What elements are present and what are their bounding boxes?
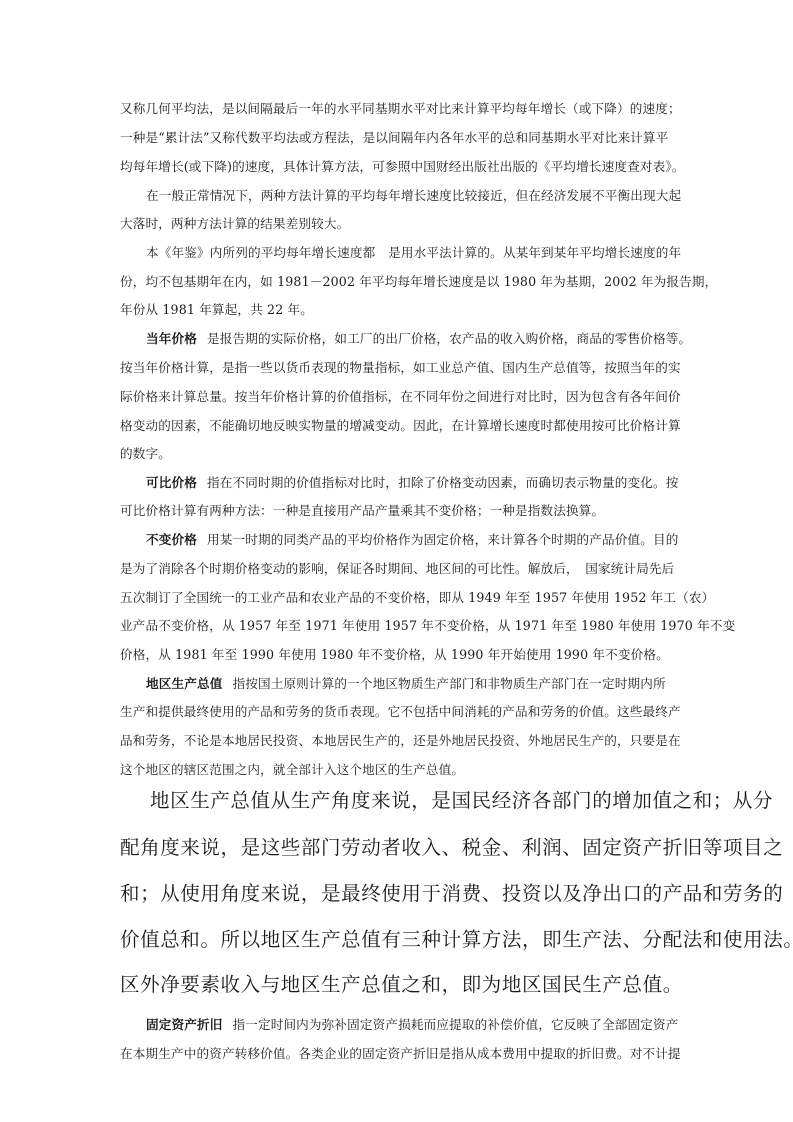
term-current-price: 当年价格 [146,331,197,346]
term-constant-price: 不变价格 [146,532,197,547]
text-line: 份，均不包基期年在内，如 1981－2002 年平均每年增长速度是以 1980 … [120,274,717,290]
large-text-line: 价值总和。所以地区生产总值有三种计算方法，即生产法、分配法和使用法。 [120,928,793,952]
text-line: 这个地区的辖区范围之内，就全部计入这个地区的生产总值。 [120,762,464,778]
definition-line: 可比价格指在不同时期的价值指标对比时，扣除了价格变动因素，而确切表示物量的变化。… [146,475,679,491]
term-depreciation: 固定资产折旧 [146,1017,222,1032]
term-regional-gdp: 地区生产总值 [146,676,222,691]
definition-text: 指在不同时期的价值指标对比时，扣除了价格变动因素，而确切表示物量的变化。按 [207,475,679,490]
text-line: 在本期生产中的资产转移价值。各类企业的固定资产折旧是指从成本费用中提取的折旧费。… [120,1046,681,1062]
document-page: 又称几何平均法，是以间隔最后一年的水平同基期水平对比来计算平均每年增长（或下降）… [0,0,793,1122]
text-line: 年份从 1981 年算起，共 22 年。 [120,302,313,318]
term-comparable-price: 可比价格 [146,475,197,490]
text-line: 又称几何平均法，是以间隔最后一年的水平同基期水平对比来计算平均每年增长（或下降）… [120,101,681,117]
large-text-line: 配角度来说，是这些部门劳动者收入、税金、利润、固定资产折旧等项目之 [120,836,783,860]
text-line: 可比价格计算有两种方法：一种是直接用产品产量乘其不变价格；一种是指数法换算。 [120,503,604,519]
text-line: 业产品不变价格，从 1957 年至 1971 年使用 1957 年不变价格，从 … [120,618,735,634]
text-line: 一种是“累计法”又称代数平均法或方程法，是以间隔年内各年水平的总和同基期水平对比… [120,130,668,146]
definition-line: 不变价格用某一时期的同类产品的平均价格作为固定价格，来计算各个时期的产品价值。目… [146,532,679,548]
text-line: 本《年鉴》内所列的平均每年增长速度都 是用水平法计算的。从某年到某年平均增长速度… [146,245,681,261]
text-line: 的数字。 [120,446,171,462]
text-line: 五次制订了全国统一的工业产品和农业产品的不变价格，即从 1949 年至 1957… [120,590,714,606]
large-text-line: 和；从使用角度来说，是最终使用于消费、投资以及净出口的产品和劳务的 [120,882,783,906]
text-line: 均每年增长(或下降)的速度，具体计算方法，可参照中国财经出版社出版的《平均增长速… [120,159,685,175]
text-line: 在一般正常情况下，两种方法计算的平均每年增长速度比较接近，但在经济发展不平衡出现… [146,188,681,204]
definition-text: 用某一时期的同类产品的平均价格作为固定价格，来计算各个时期的产品价值。目的 [207,532,679,547]
definition-text: 是报告期的实际价格，如工厂的出厂价格，农产品的收入购价格，商品的零售价格等。 [207,331,691,346]
definition-line: 地区生产总值指按国土原则计算的一个地区物质生产部门和非物质生产部门在一定时期内所 [146,676,666,692]
definition-text: 指按国土原则计算的一个地区物质生产部门和非物质生产部门在一定时期内所 [232,676,665,691]
large-text-line: 区外净要素收入与地区生产总值之和，即为地区国民生产总值。 [120,973,683,997]
text-line: 品和劳务，不论是本地居民投资、本地居民生产的，还是外地居民投资、外地居民生产的，… [120,733,681,749]
definition-line: 当年价格是报告期的实际价格，如工厂的出厂价格，农产品的收入购价格，商品的零售价格… [146,331,691,347]
text-line: 格变动的因素，不能确切地反映实物量的增减变动。因此，在计算增长速度时都使用按可比… [120,418,681,434]
text-line: 按当年价格计算，是指一些以货币表现的物量指标，如工业总产值、国内生产总值等，按照… [120,360,681,376]
text-line: 生产和提供最终使用的产品和劳务的货币表现。它不包括中间消耗的产品和劳务的价值。这… [120,704,681,720]
text-line: 是为了消除各个时期价格变动的影响，保证各时期间、地区间的可比性。解放后， 国家统… [120,561,674,577]
text-line: 际价格来计算总量。按当年价格计算的价值指标，在不同年份之间进行对比时，因为包含有… [120,389,681,405]
text-line: 价格，从 1981 年至 1990 年使用 1980 年不变价格，从 1990 … [120,647,669,663]
definition-line: 固定资产折旧指一定时间内为弥补固定资产损耗而应提取的补偿价值，它反映了全部固定资… [146,1017,679,1033]
text-line: 大落时，两种方法计算的结果差别较大。 [120,216,349,232]
large-text-line: 地区生产总值从生产角度来说，是国民经济各部门的增加值之和；从分 [150,789,773,813]
definition-text: 指一定时间内为弥补固定资产损耗而应提取的补偿价值，它反映了全部固定资产 [232,1017,678,1032]
